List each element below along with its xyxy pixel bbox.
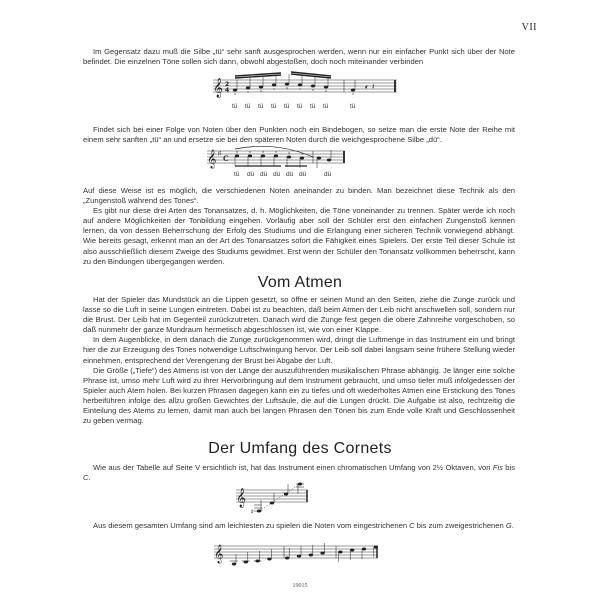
treble-clef-icon: 𝄞 (214, 544, 223, 564)
svg-text:♯: ♯ (251, 509, 254, 515)
section-umfang-para2: Aus diesem gesamten Umfang sind am leich… (83, 521, 515, 531)
syllable: tü (350, 103, 355, 110)
syllable: tü (310, 103, 315, 110)
music-example-easy-range: 𝄞 (212, 542, 382, 570)
treble-clef-icon: 𝄞 (207, 149, 216, 169)
syllable: dü (286, 171, 293, 178)
syllable: tü (284, 103, 289, 110)
treble-clef-icon: 𝄞 (236, 488, 246, 508)
heading-vom-atmen: Vom Atmen (0, 274, 600, 292)
svg-text:4: 4 (225, 87, 229, 94)
paragraph-legato-due: Findet sich bei einer Folge von Noten üb… (83, 125, 515, 145)
treble-clef-icon: 𝄞 (213, 78, 223, 98)
section-umfang-para1: Wie aus der Tabelle auf Seite V ersichtl… (83, 463, 515, 483)
page-number: VII (522, 22, 537, 33)
music-example-1: 𝄞 2 4 𝄽 (205, 70, 405, 104)
syllable: tü (234, 171, 239, 178)
syllable: dü (260, 171, 267, 178)
heading-umfang-cornets: Der Umfang des Cornets (0, 440, 600, 458)
syllable: tü (232, 103, 237, 110)
syllable: tü (297, 103, 302, 110)
syllable: dü (247, 171, 254, 178)
syllable: tü (323, 103, 328, 110)
syllable: dü (324, 171, 331, 178)
syllable: tü (245, 103, 250, 110)
syllable: dü (273, 171, 280, 178)
svg-text:♯: ♯ (218, 150, 221, 157)
section-atmen-text: Hat der Spieler das Mundstück an die Lip… (83, 295, 515, 426)
svg-text:𝄽: 𝄽 (372, 82, 375, 91)
paragraph-staccato-tue: Im Gegensatz dazu muß die Silbe „tü“ seh… (83, 47, 515, 67)
footer-plate-number: 19015 (0, 583, 600, 589)
syllable: tü (258, 103, 263, 110)
paragraph-zungenstoss: Auf diese Weise ist es möglich, die vers… (83, 186, 515, 267)
svg-text:C: C (223, 154, 229, 163)
syllable: tü (271, 103, 276, 110)
syllable: dü (299, 171, 306, 178)
music-example-2: 𝄞 ♯ C (205, 145, 350, 173)
music-example-range: 𝄞 ♯ (232, 482, 312, 518)
